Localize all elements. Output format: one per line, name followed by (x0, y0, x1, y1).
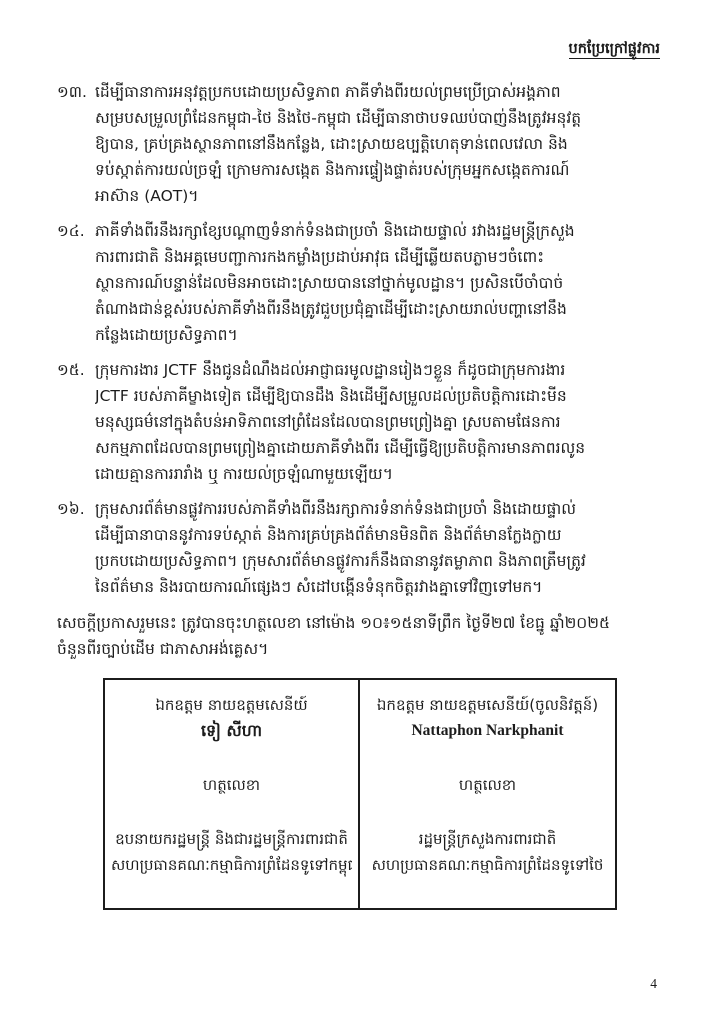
signatory-honorific: ឯកឧត្តម នាយឧត្តមសេនីយ៍(ចូលនិវត្តន៍) (366, 692, 609, 718)
paragraph-line: អាស៊ាន (AOT)។ (95, 183, 660, 209)
unofficial-translation-header: បកប្រែក្រៅផ្លូវការ (57, 0, 660, 61)
paragraph-line: ទប់ស្កាត់ការយល់ច្រឡំ ក្រោមការសង្កេត និងក… (95, 157, 660, 183)
paragraph-line: ឱ្យបាន, គ្រប់គ្រងស្ថានភាពនៅនឹងកន្លែង, ដោ… (95, 131, 660, 157)
paragraph-number: ១៣. (57, 79, 95, 209)
signatory-honorific: ឯកឧត្តម នាយឧត្តមសេនីយ៍ (111, 692, 352, 718)
paragraph-line: មនុស្សធម៌នៅក្នុងតំបន់អាទិភាពនៅព្រំដែនដែល… (95, 409, 660, 435)
closing-line: ចំនួនពីរច្បាប់ដើម ជាភាសាអង់គ្លេស។ (57, 636, 660, 662)
paragraph-number: ១៤. (57, 218, 95, 348)
paragraph-text: ក្រុមសារព័ត៌មានផ្លូវការរបស់ភាគីទាំងពីរនឹ… (95, 496, 660, 600)
paragraph-line: សកម្មភាពដែលបានព្រមព្រៀងគ្នាដោយភាគីទាំងពី… (95, 435, 660, 461)
paragraph-line: ក្រុមការងារ JCTF នឹងជូនដំណឹងដល់អាជ្ញាធរម… (95, 357, 660, 383)
paragraph-line: នៃព័ត៌មាន និងរបាយការណ៍ផ្សេងៗ សំដៅបង្កើនទ… (95, 574, 660, 600)
signature-space (366, 744, 609, 772)
numbered-paragraph-16: ១៦. ក្រុមសារព័ត៌មានផ្លូវការរបស់ភាគីទាំងព… (57, 496, 660, 600)
paragraph-line: ដើម្បីធានាបាននូវការទប់ស្កាត់ និងការគ្រប់… (95, 522, 660, 548)
paragraph-line: ការពារជាតិ និងអគ្គមេបញ្ជាការកងកម្លាំងប្រ… (95, 244, 660, 270)
paragraph-number: ១៦. (57, 496, 95, 600)
document-page: បកប្រែក្រៅផ្លូវការ ១៣. ដើម្បីធានាការអនុវ… (0, 0, 723, 1024)
paragraph-line: កន្លែងដោយប្រសិទ្ធភាព។ (95, 322, 660, 348)
paragraph-line: ដោយគ្មានការរារាំង ឬ ការយល់ច្រឡំណាមួយឡើយ។ (95, 461, 660, 487)
closing-statement: សេចក្តីប្រកាសរួមនេះ ត្រូវបានចុះហត្ថលេខា … (57, 610, 660, 662)
paragraph-line: សម្របសម្រួលព្រំដែនកម្ពុជា-ថៃ និងថៃ-កម្ពុ… (95, 105, 660, 131)
paragraph-line: ស្ថានការណ៍បន្ទាន់ដែលមិនអាចដោះស្រាយបាននៅថ… (95, 270, 660, 296)
signature-space (111, 798, 352, 826)
page-number: 4 (650, 976, 657, 992)
paragraph-number: ១៥. (57, 357, 95, 487)
numbered-paragraph-15: ១៥. ក្រុមការងារ JCTF នឹងជូនដំណឹងដល់អាជ្ញ… (57, 357, 660, 487)
signature-table: ឯកឧត្តម នាយឧត្តមសេនីយ៍ ទៀ សីហា ហត្ថលេខា … (103, 678, 617, 910)
paragraph-line: ប្រកបដោយប្រសិទ្ធភាព។ ក្រុមសារព័ត៌មានផ្លូ… (95, 548, 660, 574)
signatory-title: ឧបនាយករដ្ឋមន្ត្រី និងជារដ្ឋមន្ត្រីការពារ… (111, 826, 352, 852)
signatory-name: Nattaphon Narkphanit (366, 718, 609, 744)
unofficial-translation-label: បកប្រែក្រៅផ្លូវការ (569, 41, 660, 59)
signature-label: ហត្ថលេខា (111, 772, 352, 798)
paragraph-line: ក្រុមសារព័ត៌មានផ្លូវការរបស់ភាគីទាំងពីរនឹ… (95, 496, 660, 522)
paragraph-text: ភាគីទាំងពីរនឹងរក្សាខ្សែបណ្តាញទំនាក់ទំនងជ… (95, 218, 660, 348)
signature-space (366, 798, 609, 826)
signatory-name: ទៀ សីហា (111, 718, 352, 744)
paragraph-line: តំណាងជាន់ខ្ពស់របស់ភាគីទាំងពីរនឹងត្រូវជួប… (95, 296, 660, 322)
signatory-title: រដ្ឋមន្ត្រីក្រសួងការពារជាតិ (366, 826, 609, 852)
signatory-title: សហប្រធានគណៈកម្មាធិការព្រំដែនទូទៅថៃ (366, 852, 609, 878)
closing-line: សេចក្តីប្រកាសរួមនេះ ត្រូវបានចុះហត្ថលេខា … (57, 610, 660, 636)
paragraph-text: ដើម្បីធានាការអនុវត្តប្រកបដោយប្រសិទ្ធភាព … (95, 79, 660, 209)
paragraph-line: ភាគីទាំងពីរនឹងរក្សាខ្សែបណ្តាញទំនាក់ទំនងជ… (95, 218, 660, 244)
numbered-paragraph-13: ១៣. ដើម្បីធានាការអនុវត្តប្រកបដោយប្រសិទ្ធ… (57, 79, 660, 209)
signature-label: ហត្ថលេខា (366, 772, 609, 798)
paragraph-line: ដើម្បីធានាការអនុវត្តប្រកបដោយប្រសិទ្ធភាព … (95, 79, 660, 105)
numbered-paragraph-14: ១៤. ភាគីទាំងពីរនឹងរក្សាខ្សែបណ្តាញទំនាក់ទ… (57, 218, 660, 348)
signature-space (111, 744, 352, 772)
signature-block-thailand: ឯកឧត្តម នាយឧត្តមសេនីយ៍(ចូលនិវត្តន៍) Natt… (360, 680, 615, 908)
signature-block-cambodia: ឯកឧត្តម នាយឧត្តមសេនីយ៍ ទៀ សីហា ហត្ថលេខា … (105, 680, 360, 908)
body-paragraphs: ១៣. ដើម្បីធានាការអនុវត្តប្រកបដោយប្រសិទ្ធ… (57, 79, 660, 600)
signatory-title: សហប្រធានគណៈកម្មាធិការព្រំដែនទូទៅកម្ពុជា (111, 852, 352, 878)
paragraph-text: ក្រុមការងារ JCTF នឹងជូនដំណឹងដល់អាជ្ញាធរម… (95, 357, 660, 487)
paragraph-line: JCTF របស់ភាគីម្ខាងទៀត ដើម្បីឱ្យបានដឹង និ… (95, 383, 660, 409)
